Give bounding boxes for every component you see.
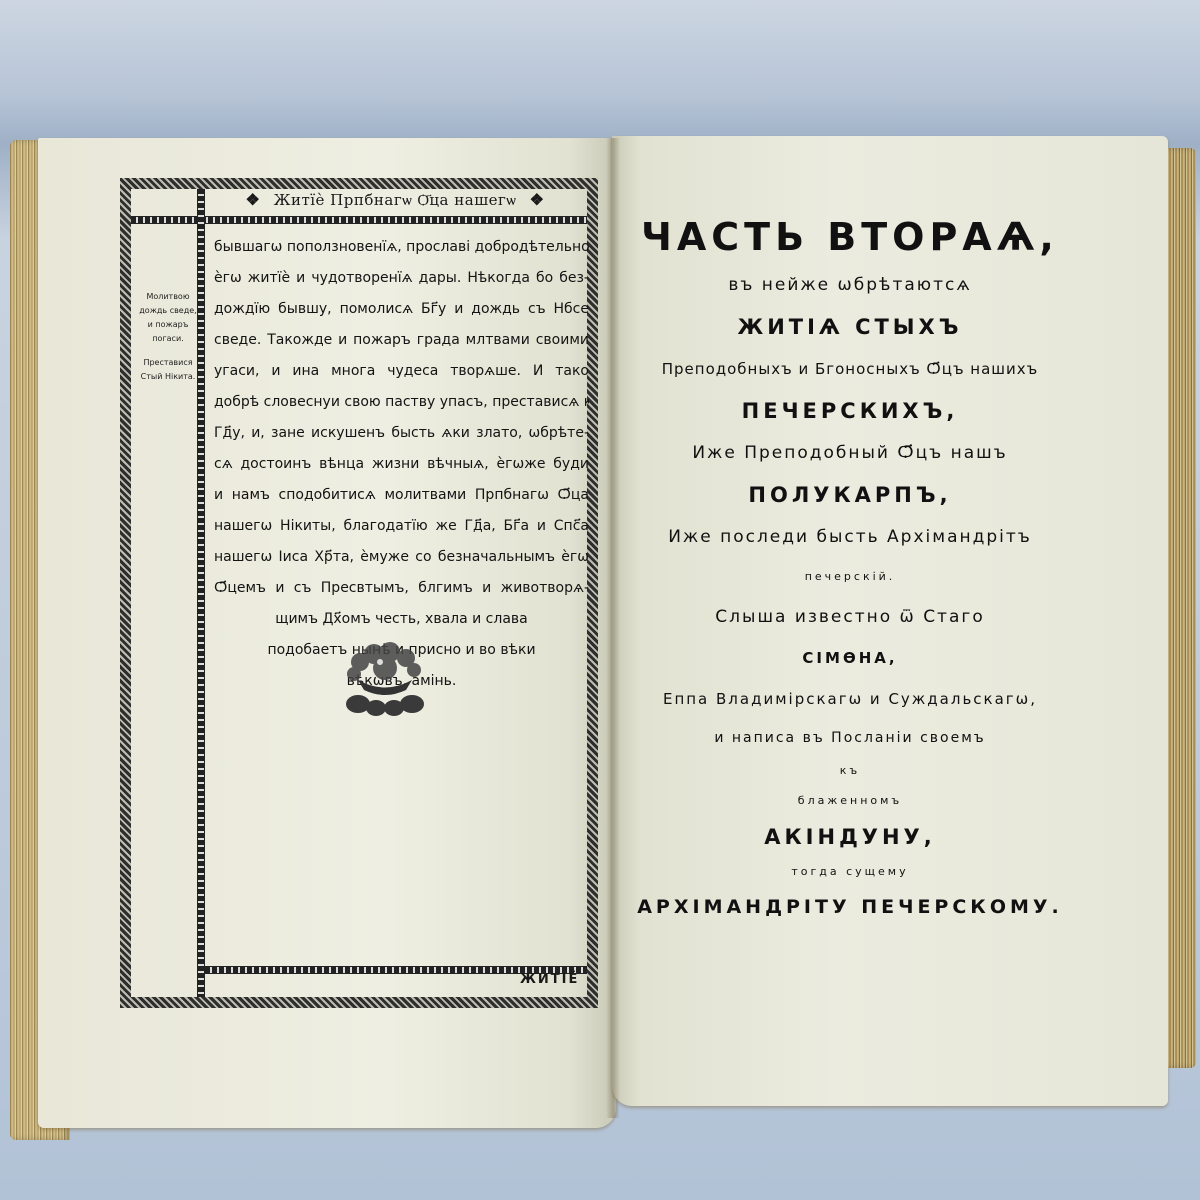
text-line: нашегѡ Іиса Хр҃та, ѐмуже со безначальным…	[214, 542, 589, 573]
text-line: и намъ сподобитисѧ молитвами Прпбнагѡ Ѻ҃…	[214, 480, 589, 511]
title-line: печерскій.	[630, 558, 1070, 596]
margin-note: Молитвою дождь сведе, и пожаръ погаси.	[138, 290, 198, 346]
text-line: дождїю бывшу, помолисѧ Бг҃у и дождь съ Н…	[214, 294, 589, 325]
running-head: ❖ Житїѐ Прпбнагѡ Ѻ҃ца нашегѡ ❖	[200, 190, 590, 210]
text-line: угаси, и ина многа чудеса творѧше. И так…	[214, 356, 589, 387]
running-head-text: Житїѐ Прпбнагѡ Ѻ҃ца нашегѡ	[274, 191, 517, 209]
text-line: добрѣ словеснуи свою паству упасъ, прест…	[214, 387, 589, 418]
text-line: сведе. Такожде и пожаръ града млтвами св…	[214, 325, 589, 356]
title-line: ЖИТІѦ СТЫХЪ	[630, 306, 1070, 348]
title-line: ПОЛУКАРПЪ,	[630, 474, 1070, 516]
open-book: ❖ Житїѐ Прпбнагѡ Ѻ҃ца нашегѡ ❖ Молитвою …	[0, 0, 1200, 1200]
text-line: Гд҃у, и, зане искушенъ бысть ѧки злато, …	[214, 418, 589, 449]
title-line: и написа въ Посланіи своемъ	[630, 720, 1070, 756]
text-line: нашегѡ Нікиты, благодатїю же Гд҃а, Бг҃а …	[214, 511, 589, 542]
ornament-icon: ❖	[245, 190, 260, 209]
title-line: въ нейже ѡбрѣтаютсѧ	[630, 264, 1070, 306]
title-line: СІМѲНА,	[630, 638, 1070, 678]
title-line: Еппа Владимірскагѡ и Суждальскагѡ,	[630, 678, 1070, 720]
text-line: ѐгѡ житїѐ и чудотворенїѧ дары. Нѣкогда б…	[214, 263, 589, 294]
title-line: Преподобныхъ и Бгоносныхъ Ѻ҃цъ нашихъ	[630, 348, 1070, 390]
margin-note: Преставися Стый Нікита.	[138, 356, 198, 384]
title-line: тогда сущему	[630, 858, 1070, 886]
title-line: АРХІМАНДРІТУ ПЕЧЕРСКОМУ.	[630, 886, 1070, 928]
floral-basket-ornament-icon	[340, 640, 430, 720]
title-line: Иже Преподобный Ѻ҃цъ нашъ	[630, 432, 1070, 474]
title-line: АКІНДУНУ,	[630, 816, 1070, 858]
title-line: Слыша известно ѿ Стаго	[630, 596, 1070, 638]
margin-rule	[197, 189, 205, 997]
part-title: ЧАСТЬ ВТОРАѦ,	[630, 210, 1070, 264]
text-line: Ѻ҃цемъ и съ Пресвтымъ, блгимъ и животвор…	[214, 573, 589, 604]
ornament-icon: ❖	[530, 190, 545, 209]
catchword: ЖИТІЁ	[520, 972, 579, 987]
title-line: Иже последи бысть Архімандрітъ	[630, 516, 1070, 558]
book-gutter	[606, 138, 620, 1118]
title-line: къ	[630, 756, 1070, 786]
title-line: блаженномъ	[630, 786, 1070, 816]
body-text: бывшагѡ поползновенїѧ, прославі добродѣт…	[214, 232, 589, 697]
title-page: ЧАСТЬ ВТОРАѦ, въ нейже ѡбрѣтаютсѧ ЖИТІѦ …	[630, 210, 1070, 928]
title-line: ПЕЧЕРСКИХЪ,	[630, 390, 1070, 432]
text-line: сѧ достоинъ вѣнца жизни вѣчныѧ, ѐгѡже бу…	[214, 449, 589, 480]
text-line: щимъ Дх҃омъ честь, хвала и слава	[214, 604, 589, 635]
text-line: бывшагѡ поползновенїѧ, прославі добродѣт…	[214, 232, 589, 263]
